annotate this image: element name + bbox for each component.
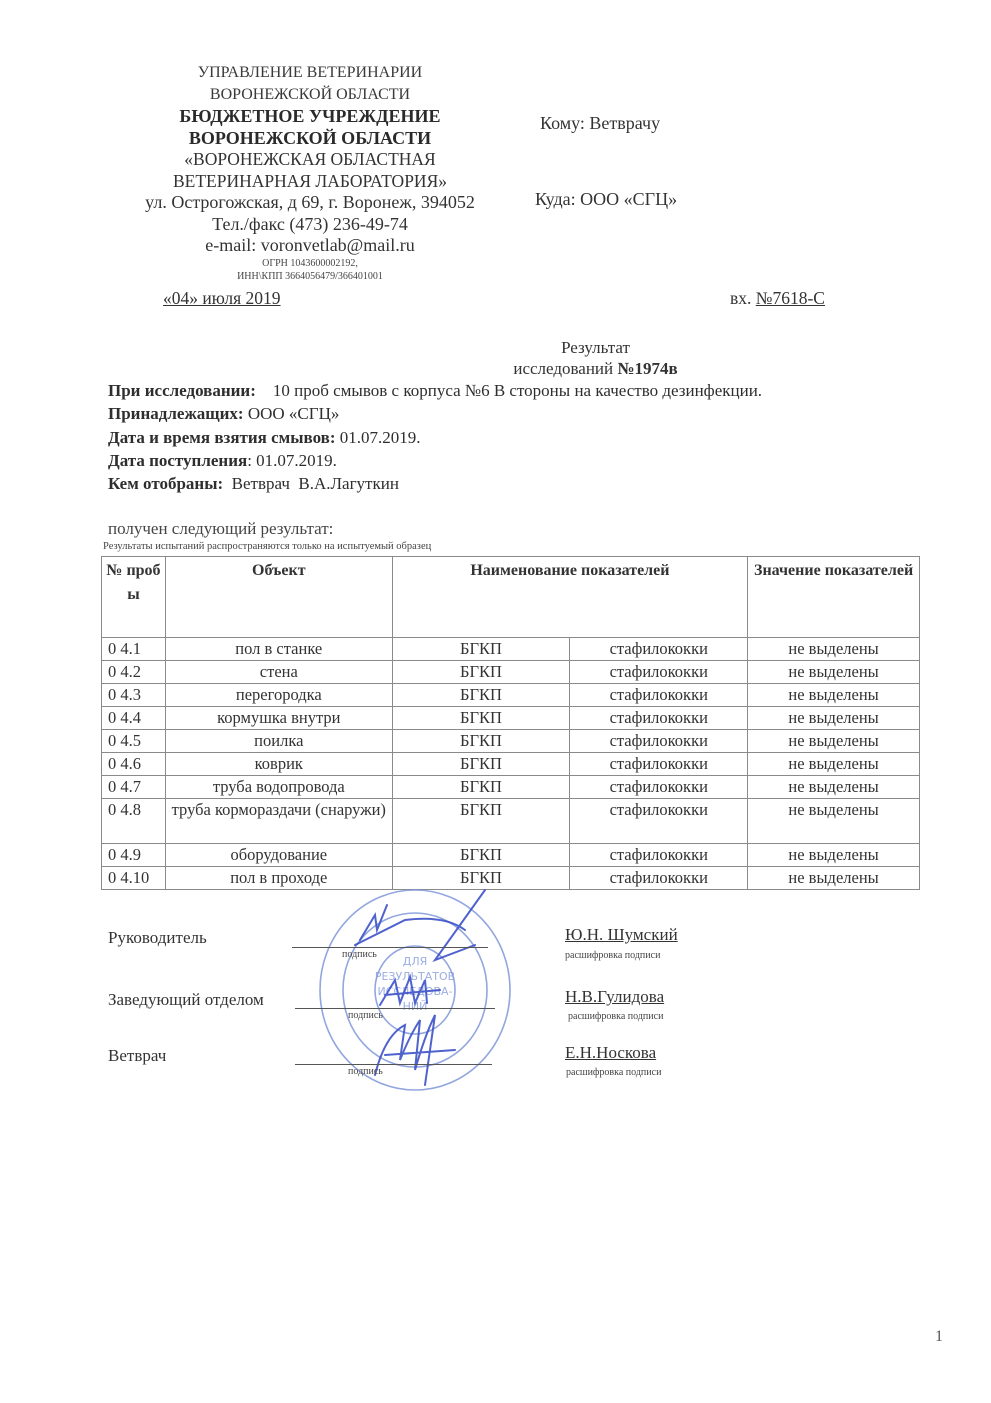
subtitle-prefix: исследований <box>513 359 617 378</box>
indicator-1: БГКП <box>392 707 570 730</box>
field-sampled-by: Кем отобраны: Ветврач В.А.Лагуткин <box>108 474 399 494</box>
org-line-2: ВОРОНЕЖСКОЙ ОБЛАСТИ <box>100 84 520 106</box>
sample-object: перегородка <box>165 684 392 707</box>
signature-caption: подпись <box>348 1010 383 1021</box>
signature-role-department: Заведующий отделом <box>108 990 264 1010</box>
sample-number: 0 4.5 <box>102 730 166 753</box>
page-number: 1 <box>935 1328 943 1346</box>
signature-decode: расшифровка подписи <box>565 950 660 961</box>
signature-caption: подпись <box>342 949 377 960</box>
lab-ogrn: ОГРН 1043600002192, <box>100 257 520 270</box>
sample-number: 0 4.9 <box>102 844 166 867</box>
table-row: 0 4.6 коврик БГКП стафилококки не выделе… <box>102 753 920 776</box>
table-row: 0 4.9 оборудование БГКП стафилококки не … <box>102 844 920 867</box>
sample-number: 0 4.1 <box>102 638 166 661</box>
indicator-1: БГКП <box>392 730 570 753</box>
indicator-1: БГКП <box>392 638 570 661</box>
results-table: № проб ы Объект Наименование показателей… <box>101 556 920 890</box>
sample-object: труба кормораздачи (снаружи) <box>165 799 392 844</box>
sample-object: оборудование <box>165 844 392 867</box>
lab-name-line-2: ВЕТЕРИНАРНАЯ ЛАБОРАТОРИЯ» <box>100 171 520 193</box>
sample-object: пол в станке <box>165 638 392 661</box>
svg-text:ДЛЯ: ДЛЯ <box>403 955 428 968</box>
table-row: 0 4.5 поилка БГКП стафилококки не выделе… <box>102 730 920 753</box>
field-label: При исследовании: <box>108 381 256 400</box>
institution-line-1: БЮДЖЕТНОЕ УЧРЕЖДЕНИЕ <box>100 105 520 127</box>
sample-number: 0 4.8 <box>102 799 166 844</box>
table-header-row: № проб ы Объект Наименование показателей… <box>102 557 920 638</box>
table-row: 0 4.1 пол в станке БГКП стафилококки не … <box>102 638 920 661</box>
header-indicators: Наименование показателей <box>392 557 748 638</box>
indicator-1: БГКП <box>392 799 570 844</box>
indicator-1: БГКП <box>392 684 570 707</box>
signature-line <box>295 1064 492 1065</box>
result-intro: получен следующий результат: <box>108 519 333 539</box>
disclaimer: Результаты испытаний распространяются то… <box>103 541 431 552</box>
field-value: : 01.07.2019. <box>247 451 337 470</box>
incoming-number: вх. №7618-С <box>730 288 825 309</box>
signature-line <box>292 947 488 948</box>
indicator-2: стафилококки <box>570 753 748 776</box>
field-label: Принадлежащих: <box>108 404 244 423</box>
table-row: 0 4.7 труба водопровода БГКП стафилококк… <box>102 776 920 799</box>
document-title: Результат <box>100 338 991 358</box>
indicator-value: не выделены <box>748 730 920 753</box>
research-number: №1974в <box>617 359 677 378</box>
table-row: 0 4.2 стена БГКП стафилококки не выделен… <box>102 661 920 684</box>
indicator-value: не выделены <box>748 707 920 730</box>
table-row: 0 4.8 труба кормораздачи (снаружи) БГКП … <box>102 799 920 844</box>
indicator-1: БГКП <box>392 661 570 684</box>
sample-number: 0 4.3 <box>102 684 166 707</box>
indicator-value: не выделены <box>748 753 920 776</box>
indicator-value: не выделены <box>748 776 920 799</box>
signature-decode: расшифровка подписи <box>566 1067 661 1078</box>
field-sampling-date: Дата и время взятия смывов: 01.07.2019. <box>108 428 421 448</box>
sample-number: 0 4.6 <box>102 753 166 776</box>
lab-phone: Тел./факс (473) 236-49-74 <box>100 214 520 236</box>
signature-line <box>295 1008 495 1009</box>
field-value: 01.07.2019. <box>336 428 421 447</box>
indicator-value: не выделены <box>748 684 920 707</box>
table-row: 0 4.3 перегородка БГКП стафилококки не в… <box>102 684 920 707</box>
indicator-value: не выделены <box>748 844 920 867</box>
svg-text:РЕЗУЛЬТАТОВ: РЕЗУЛЬТАТОВ <box>375 970 455 983</box>
signature-name-department: Н.В.Гулидова <box>565 987 664 1007</box>
lab-name-line-1: «ВОРОНЕЖСКАЯ ОБЛАСТНАЯ <box>100 149 520 171</box>
sample-object: кормушка внутри <box>165 707 392 730</box>
recipient-where: Куда: ООО «СГЦ» <box>535 189 677 210</box>
document-date: «04» июля 2019 <box>163 288 281 309</box>
indicator-value: не выделены <box>748 867 920 890</box>
indicator-2: стафилококки <box>570 638 748 661</box>
field-value: ООО «СГЦ» <box>244 404 340 423</box>
indicator-1: БГКП <box>392 844 570 867</box>
indicator-1: БГКП <box>392 753 570 776</box>
indicator-2: стафилококки <box>570 684 748 707</box>
field-label: Кем отобраны: <box>108 474 223 493</box>
sample-object: труба водопровода <box>165 776 392 799</box>
header-object: Объект <box>165 557 392 638</box>
indicator-2: стафилококки <box>570 844 748 867</box>
field-value: 10 проб смывов с корпуса №6 В стороны на… <box>256 381 762 400</box>
indicator-value: не выделены <box>748 661 920 684</box>
field-research: При исследовании: 10 проб смывов с корпу… <box>108 381 762 401</box>
signature-role-head: Руководитель <box>108 928 207 948</box>
lab-inn: ИНН\КПП 3664056479/366401001 <box>100 270 520 283</box>
indicator-value: не выделены <box>748 638 920 661</box>
indicator-2: стафилококки <box>570 707 748 730</box>
letterhead: УПРАВЛЕНИЕ ВЕТЕРИНАРИИ ВОРОНЕЖСКОЙ ОБЛАС… <box>100 62 520 283</box>
sample-number: 0 4.10 <box>102 867 166 890</box>
field-value: Ветврач В.А.Лагуткин <box>223 474 399 493</box>
table-row: 0 4.4 кормушка внутри БГКП стафилококки … <box>102 707 920 730</box>
field-label: Дата поступления <box>108 451 247 470</box>
header-value: Значение показателей <box>748 557 920 638</box>
sample-number: 0 4.4 <box>102 707 166 730</box>
field-label: Дата и время взятия смывов: <box>108 428 336 447</box>
sample-number: 0 4.2 <box>102 661 166 684</box>
incoming-prefix: вх. <box>730 288 756 308</box>
sample-number: 0 4.7 <box>102 776 166 799</box>
signature-name-vet: Е.Н.Носкова <box>565 1043 656 1063</box>
org-line-1: УПРАВЛЕНИЕ ВЕТЕРИНАРИИ <box>100 62 520 84</box>
sample-object: стена <box>165 661 392 684</box>
institution-line-2: ВОРОНЕЖСКОЙ ОБЛАСТИ <box>100 127 520 149</box>
signature-caption: подпись <box>348 1066 383 1077</box>
field-receipt-date: Дата поступления: 01.07.2019. <box>108 451 337 471</box>
indicator-2: стафилококки <box>570 661 748 684</box>
indicator-value: не выделены <box>748 799 920 844</box>
field-owner: Принадлежащих: ООО «СГЦ» <box>108 404 339 424</box>
document-subtitle: исследований №1974в <box>100 359 991 379</box>
lab-email: e-mail: voronvetlab@mail.ru <box>100 235 520 257</box>
indicator-2: стафилококки <box>570 799 748 844</box>
indicator-2: стафилококки <box>570 867 748 890</box>
lab-address: ул. Острогожская, д 69, г. Воронеж, 3940… <box>100 192 520 214</box>
indicator-2: стафилококки <box>570 730 748 753</box>
indicator-2: стафилококки <box>570 776 748 799</box>
incoming-number-value: №7618-С <box>756 288 825 308</box>
signature-name-head: Ю.Н. Шумский <box>565 925 678 945</box>
sample-object: коврик <box>165 753 392 776</box>
header-sample-number: № проб ы <box>102 557 166 638</box>
indicator-1: БГКП <box>392 776 570 799</box>
recipient-to: Кому: Ветврачу <box>540 113 660 134</box>
signature-role-vet: Ветврач <box>108 1046 166 1066</box>
signature-decode: расшифровка подписи <box>568 1011 663 1022</box>
sample-object: поилка <box>165 730 392 753</box>
